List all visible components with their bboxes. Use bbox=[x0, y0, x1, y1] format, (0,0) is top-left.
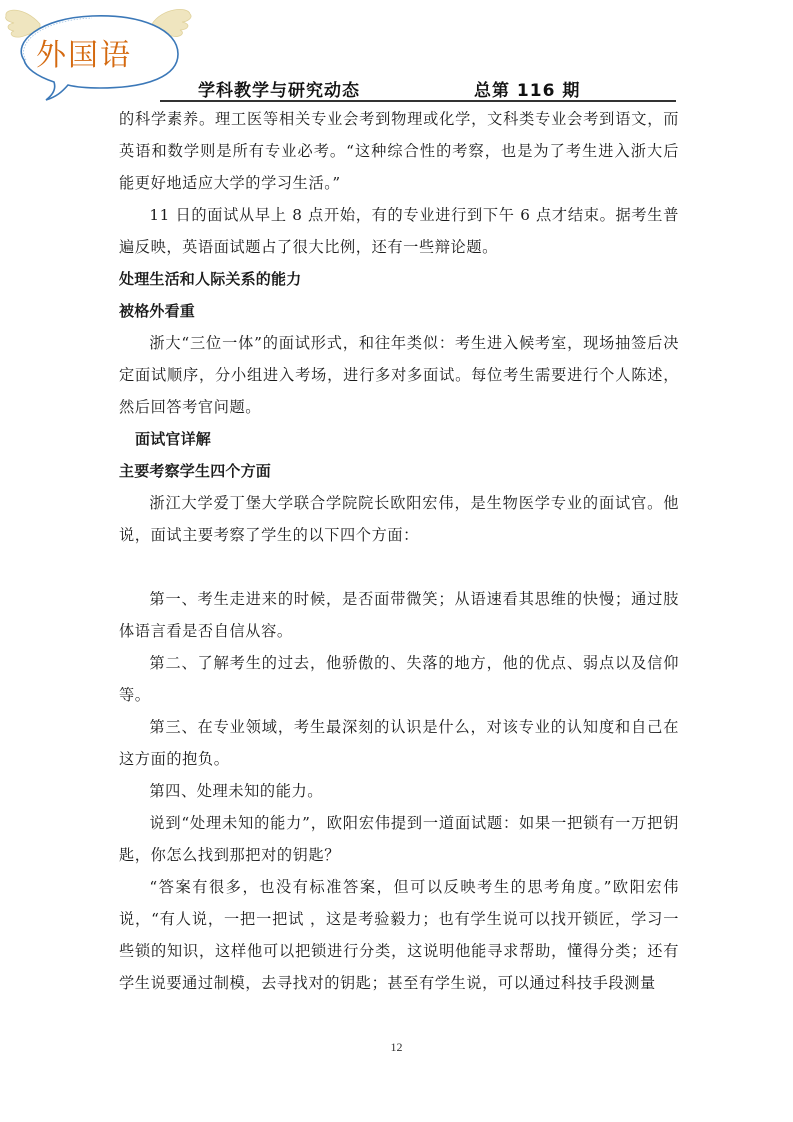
logo-text: 外国语 bbox=[36, 30, 132, 74]
paragraph: 第四、处理未知的能力。 bbox=[119, 775, 679, 807]
issue-number: 总第 116 期 bbox=[474, 76, 580, 101]
journal-title: 学科教学与研究动态 bbox=[198, 76, 360, 101]
page-number: 12 bbox=[0, 1040, 793, 1055]
paragraph: 的科学素养。理工医等相关专业会考到物理或化学，文科类专业会考到语文，而英语和数学… bbox=[119, 103, 679, 199]
section-heading: 主要考察学生四个方面 bbox=[119, 455, 679, 487]
article-body: 的科学素养。理工医等相关专业会考到物理或化学，文科类专业会考到语文，而英语和数学… bbox=[119, 103, 679, 999]
paragraph: 浙大“三位一体”的面试形式，和往年类似：考生进入候考室，现场抽签后决定面试顺序，… bbox=[119, 327, 679, 423]
paragraph: 第三、在专业领域，考生最深刻的认识是什么，对该专业的认知度和自己在这方面的抱负。 bbox=[119, 711, 679, 775]
paragraph: 11 日的面试从早上 8 点开始，有的专业进行到下午 6 点才结束。据考生普遍反… bbox=[119, 199, 679, 263]
section-heading: 面试官详解 bbox=[119, 423, 679, 455]
paragraph: 说到“处理未知的能力”，欧阳宏伟提到一道面试题：如果一把锁有一万把钥匙，你怎么找… bbox=[119, 807, 679, 871]
blank-line bbox=[119, 551, 679, 583]
paragraph: 第二、了解考生的过去，他骄傲的、失落的地方，他的优点、弱点以及信仰等。 bbox=[119, 647, 679, 711]
section-heading: 处理生活和人际关系的能力 bbox=[119, 263, 679, 295]
section-heading: 被格外看重 bbox=[119, 295, 679, 327]
paragraph: “答案有很多，也没有标准答案，但可以反映考生的思考角度。”欧阳宏伟说，“有人说，… bbox=[119, 871, 679, 999]
header-divider bbox=[160, 100, 676, 102]
paragraph: 第一、考生走进来的时候，是否面带微笑；从语速看其思维的快慢；通过肢体语言看是否自… bbox=[119, 583, 679, 647]
paragraph: 浙江大学爱丁堡大学联合学院院长欧阳宏伟，是生物医学专业的面试官。他说，面试主要考… bbox=[119, 487, 679, 551]
